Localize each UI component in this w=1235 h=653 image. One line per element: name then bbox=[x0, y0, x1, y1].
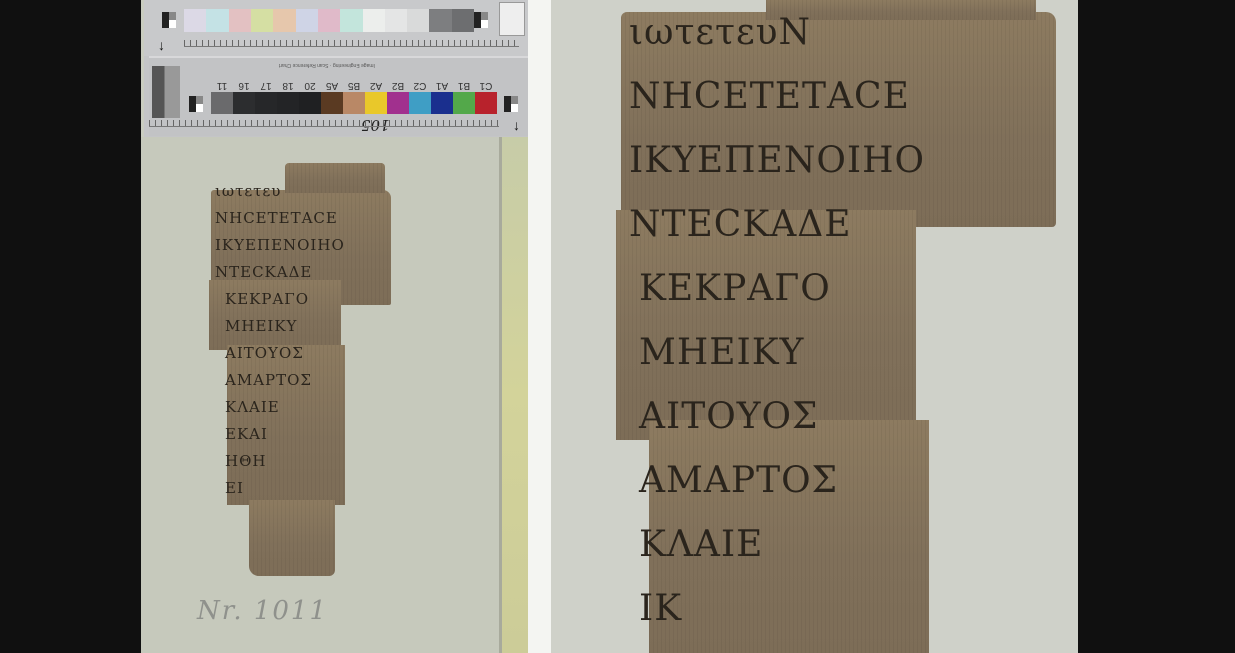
board-edge-strip bbox=[499, 137, 528, 653]
left-photo-panel: ↓ 105 Image Engineering · Scan Reference… bbox=[141, 0, 528, 653]
patch-label: B5 bbox=[343, 80, 365, 91]
patch-label: 16 bbox=[233, 80, 255, 91]
papyrus-line: ΝΗCΕΤΕΤΑCΕ bbox=[629, 76, 910, 117]
patch-label: 18 bbox=[277, 80, 299, 91]
papyrus-line: ΚΕΚΡΑΓΟ bbox=[639, 268, 831, 309]
color-patch bbox=[229, 9, 251, 32]
patch-label: A5 bbox=[321, 80, 343, 91]
color-patch bbox=[299, 92, 321, 114]
papyrus-line: ΗΘΗ bbox=[225, 452, 266, 470]
color-patch bbox=[475, 92, 497, 114]
color-patch bbox=[363, 9, 385, 32]
chart-corner-label bbox=[499, 2, 525, 36]
color-patch bbox=[343, 92, 365, 114]
color-patch bbox=[206, 9, 228, 32]
color-patch bbox=[340, 9, 362, 32]
down-arrow-icon: ↓ bbox=[158, 38, 165, 52]
patch-label: B2 bbox=[387, 80, 409, 91]
gray-wedge bbox=[152, 66, 180, 118]
color-patch bbox=[233, 92, 255, 114]
papyrus-line: ΑΜΑΡΤΟΣ bbox=[225, 371, 312, 389]
color-patch bbox=[365, 92, 387, 114]
papyrus-line: ΑΙΤΟΥΟΣ bbox=[639, 396, 818, 437]
chart-top-strip: ↓ bbox=[144, 0, 528, 56]
patch-label: B1 bbox=[453, 80, 475, 91]
color-patch bbox=[387, 92, 409, 114]
color-patch bbox=[251, 9, 273, 32]
papyrus-line: ΑΙΤΟΥΟΣ bbox=[225, 344, 304, 362]
patch-label: 17 bbox=[255, 80, 277, 91]
bottom-patch-labels: 1116171820A5B5A2B2C2A1B1C1 bbox=[211, 80, 497, 91]
papyrus-line: ιωτετευ bbox=[215, 182, 281, 200]
color-patch bbox=[318, 9, 340, 32]
color-patch bbox=[277, 92, 299, 114]
chart-bottom-strip: 105 Image Engineering · Scan Reference C… bbox=[149, 56, 528, 136]
color-patch bbox=[431, 92, 453, 114]
papyrus-line: ΚΕΚΡΑΓΟ bbox=[225, 290, 309, 308]
papyrus-line: ΝΤΕCΚΑΔΕ bbox=[215, 263, 312, 281]
color-patch bbox=[255, 92, 277, 114]
papyrus-line: ΑΜΑΡΤΟΣ bbox=[639, 460, 838, 501]
registration-target-icon bbox=[504, 96, 518, 112]
color-patch bbox=[409, 92, 431, 114]
chart-fine-print: Image Engineering · Scan Reference Chart bbox=[279, 62, 375, 68]
patch-label: A1 bbox=[431, 80, 453, 91]
papyrus-line: ΙΚ bbox=[639, 588, 682, 629]
papyrus-line: ΚΛΑΙΕ bbox=[225, 398, 280, 416]
registration-target-icon bbox=[474, 12, 488, 28]
patch-label: C1 bbox=[475, 80, 497, 91]
papyrus-line: ΜΗΕΙΚΥ bbox=[639, 332, 804, 373]
papyrus-line: ΙΚΥΕΠΕΝΟΙΗΟ bbox=[215, 236, 345, 254]
color-patch bbox=[385, 9, 407, 32]
inventory-number: Nr. 1011 bbox=[197, 596, 328, 626]
color-patch bbox=[211, 92, 233, 114]
papyrus-line: ΕΚΑΙ bbox=[225, 425, 268, 443]
papyrus-line: ΝΗCΕΤΕΤΑCΕ bbox=[215, 209, 338, 227]
right-photo-panel: ιωτετευΝΝΗCΕΤΕΤΑCΕΙΚΥΕΠΕΝΟΙΗΟΝΤΕCΚΑΔΕΚΕΚ… bbox=[551, 0, 1078, 653]
color-patch bbox=[453, 92, 475, 114]
papyrus-line: ΚΛΑΙΕ bbox=[639, 524, 763, 565]
registration-target-icon bbox=[189, 96, 203, 112]
color-patch bbox=[321, 92, 343, 114]
panel-divider bbox=[528, 0, 551, 653]
color-patch bbox=[184, 9, 206, 32]
color-calibration-chart: ↓ 105 Image Engineering · Scan Reference… bbox=[144, 0, 528, 137]
papyrus-line: ΜΗΕΙΚΥ bbox=[225, 317, 297, 335]
patch-label: 20 bbox=[299, 80, 321, 91]
papyrus-fragment-top bbox=[285, 163, 385, 193]
patch-label: C2 bbox=[409, 80, 431, 91]
color-patch bbox=[273, 9, 295, 32]
papyrus-line: ΝΤΕCΚΑΔΕ bbox=[629, 204, 852, 245]
bottom-color-patches bbox=[211, 92, 497, 114]
papyrus-fragment-bottom bbox=[249, 500, 335, 576]
registration-target-icon bbox=[162, 12, 176, 28]
papyrus-line: ΕΙ bbox=[225, 479, 244, 497]
ruler-scale bbox=[149, 120, 499, 127]
color-patch bbox=[429, 9, 451, 32]
papyrus-line: ΙΚΥΕΠΕΝΟΙΗΟ bbox=[629, 140, 925, 181]
patch-label: 11 bbox=[211, 80, 233, 91]
papyrus-line: ιωτετευΝ bbox=[629, 12, 811, 53]
color-patch bbox=[452, 9, 474, 32]
color-patch bbox=[296, 9, 318, 32]
color-patch bbox=[407, 9, 429, 32]
patch-label: A2 bbox=[365, 80, 387, 91]
down-arrow-icon: ↓ bbox=[513, 118, 520, 132]
top-color-patches bbox=[184, 9, 474, 32]
ruler-scale bbox=[184, 40, 519, 47]
